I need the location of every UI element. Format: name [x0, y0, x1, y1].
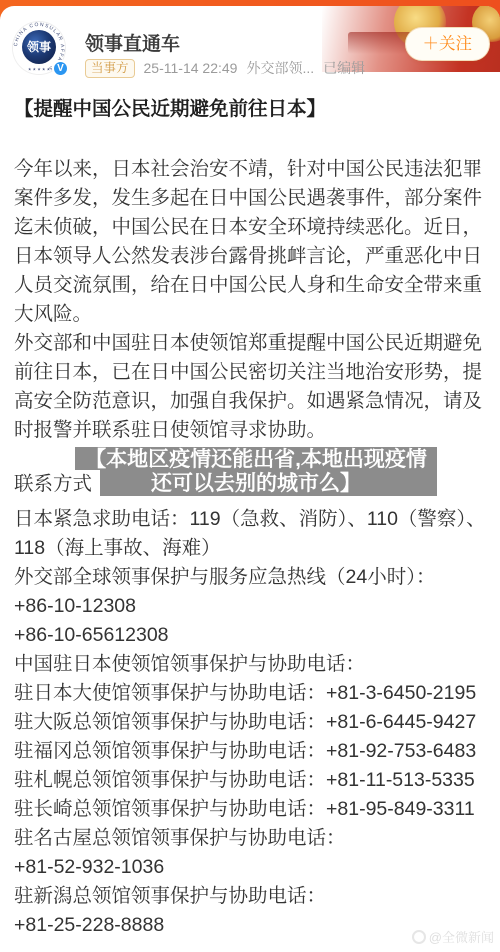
contact-line: 驻大阪总领馆领事保护与协助电话：+81-6-6445-9427 [14, 708, 500, 737]
contact-label: 联系方式 [14, 470, 100, 499]
post-text-line: 外交部和中国驻日本使领馆郑重提醒中国公民近期避免 [14, 329, 500, 358]
post-text-line: 高安全防范意识，加强自我保护。如遇紧急情况，请及 [14, 387, 500, 416]
contact-line: 驻长崎总领馆领事保护与协助电话：+81-95-849-3311 [14, 795, 500, 824]
pasted-overlay-caption: 【本地区疫情还能出省,本地出现疫情 还可以去别的城市么】 [75, 447, 437, 496]
party-badge: 当事方 [85, 59, 135, 78]
post-body: 【提醒中国公民近期避免前往日本】 今年以来，日本社会治安不靖，针对中国公民违法犯… [14, 95, 500, 940]
post-source-link[interactable]: 外交部领... [246, 58, 314, 78]
verified-badge-icon: V [52, 60, 69, 77]
post-text-line: 大风险。 [14, 300, 500, 329]
weibo-post-page: CHINA CONSULAR AFFAIRS 领事 ★ ★ ★ ★ ★ V 领事… [0, 0, 500, 952]
post-text-line: 今年以来，日本社会治安不靖，针对中国公民违法犯罪 [14, 155, 500, 184]
contact-line: 日本紧急求助电话：119（急救、消防）、110（警察）、 [14, 505, 500, 534]
contact-line: 驻福冈总领馆领事保护与协助电话：+81-92-753-6483 [14, 737, 500, 766]
watermark: @全微新闻 [412, 927, 494, 946]
contact-line: +81-52-932-1036 [14, 853, 500, 882]
account-name[interactable]: 领事直通车 [85, 29, 180, 56]
svg-text:★ ★ ★ ★ ★: ★ ★ ★ ★ ★ [28, 67, 51, 72]
overlay-caption-line: 【本地区疫情还能出省,本地出现疫情 [75, 448, 437, 472]
contact-line: +86-10-65612308 [14, 621, 500, 650]
contact-line: 驻新潟总领馆领事保护与协助电话： [14, 882, 500, 911]
post-title: 【提醒中国公民近期避免前往日本】 [14, 95, 500, 124]
contact-line: 118（海上事故、海难） [14, 534, 500, 563]
post-meta: 当事方 25-11-14 22:49 外交部领... 已编辑 [85, 58, 365, 78]
follow-button[interactable]: ＋关注 [405, 27, 491, 61]
watermark-text: @全微新闻 [429, 927, 494, 946]
watermark-logo-icon [412, 930, 426, 944]
contact-line: 中国驻日本使领馆领事保护与协助电话： [14, 650, 500, 679]
post-text-line: 日本领导人公然发表涉台露骨挑衅言论，严重恶化中日 [14, 242, 500, 271]
contact-line: 外交部全球领事保护与服务应急热线（24小时）： [14, 563, 500, 592]
contact-line: 驻日本大使馆领事保护与协助电话：+81-3-6450-2195 [14, 679, 500, 708]
post-text-line: 时报警并联系驻日使领馆寻求协助。 [14, 416, 500, 445]
post-text-line: 案件多发，发生多起在日中国公民遇袭事件，部分案件 [14, 184, 500, 213]
avatar[interactable]: CHINA CONSULAR AFFAIRS 领事 ★ ★ ★ ★ ★ V [13, 22, 65, 74]
post-timestamp: 25-11-14 22:49 [144, 60, 238, 76]
contact-line: 驻名古屋总领馆领事保护与协助电话： [14, 824, 500, 853]
contact-line: +86-10-12308 [14, 592, 500, 621]
contact-section: 【本地区疫情还能出省,本地出现疫情 还可以去别的城市么】 联系方式 日本紧急求助… [14, 470, 500, 940]
post-text-line: 迄未侦破，中国公民在日本安全环境持续恶化。近日， [14, 213, 500, 242]
edited-label: 已编辑 [323, 58, 365, 78]
post-text-line: 人员交流氛围，给在日中国公民人身和生命安全带来重 [14, 271, 500, 300]
contact-line: 驻札幌总领馆领事保护与协助电话：+81-11-513-5335 [14, 766, 500, 795]
post-text-line: 前往日本，已在日中国公民密切关注当地治安形势，提 [14, 358, 500, 387]
svg-text:领事: 领事 [26, 39, 51, 54]
post-card: CHINA CONSULAR AFFAIRS 领事 ★ ★ ★ ★ ★ V 领事… [0, 6, 500, 952]
overlay-caption-line: 还可以去别的城市么】 [75, 472, 437, 496]
